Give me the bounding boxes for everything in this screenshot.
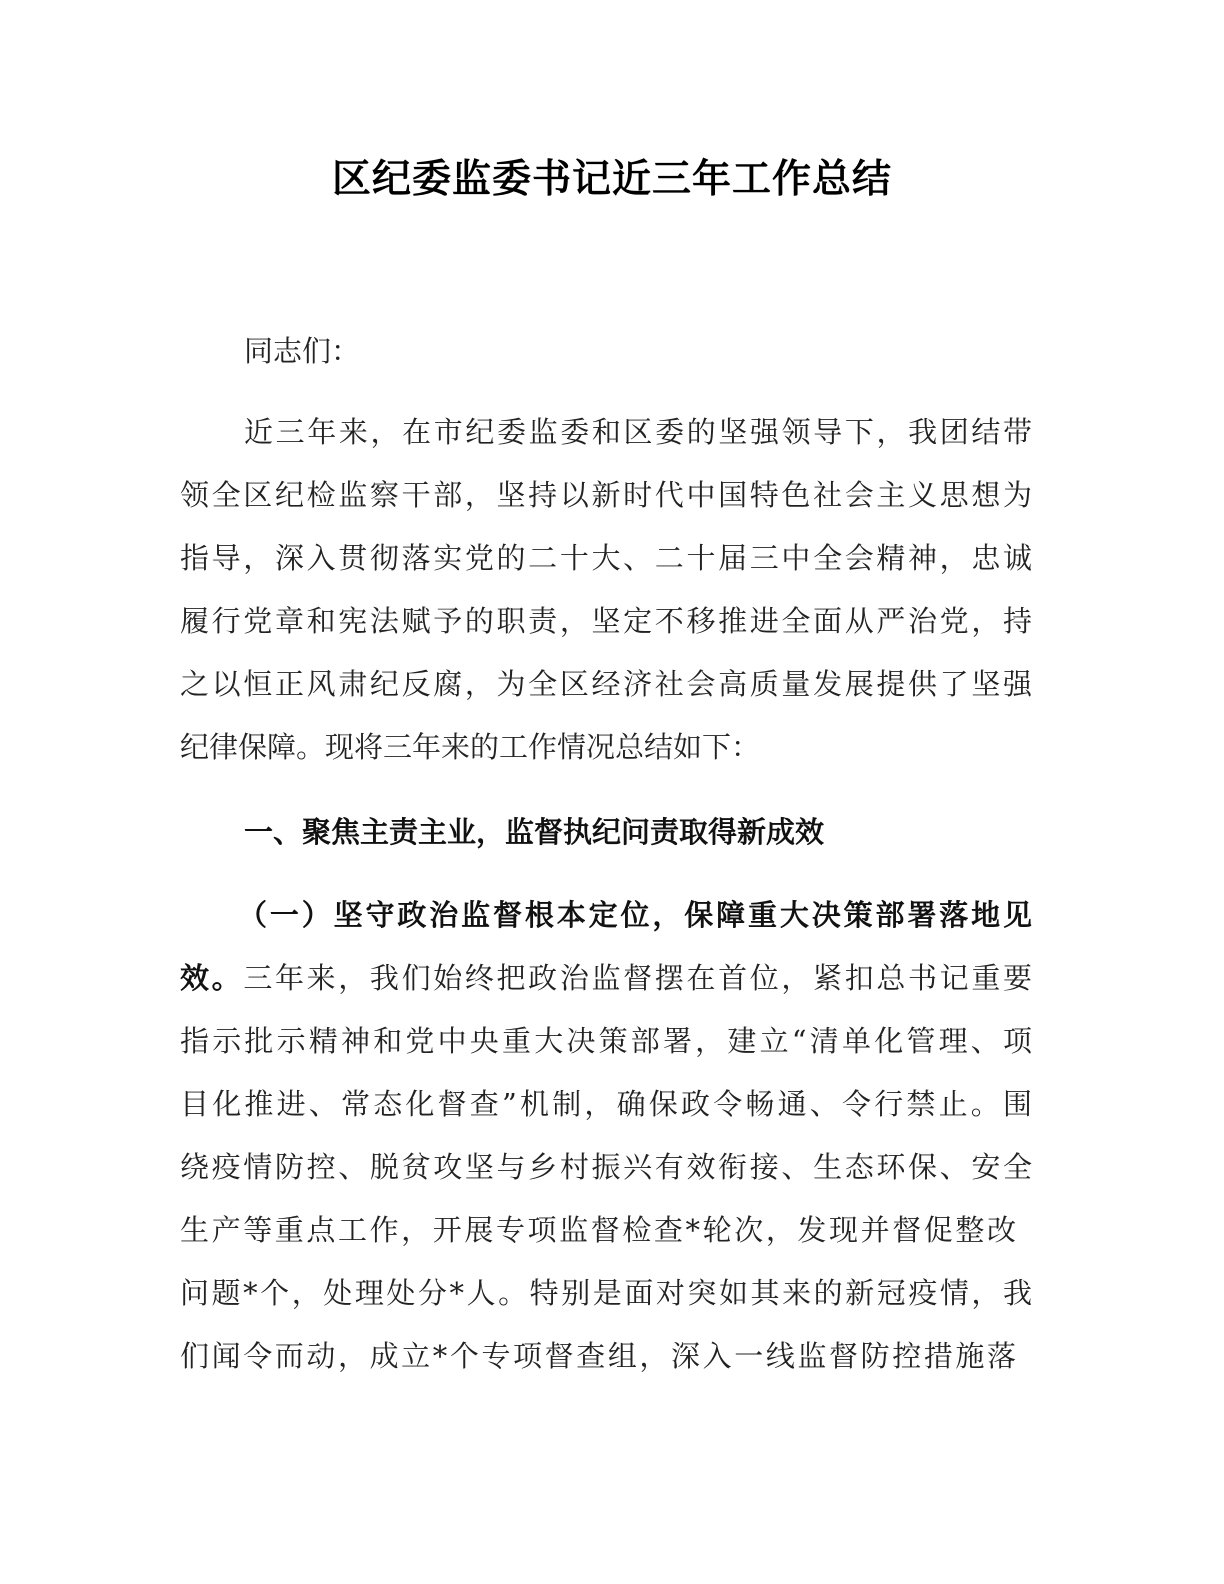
paragraph-line: 效。三年来，我们始终把政治监督摆在首位，紧扣总书记重要 (180, 958, 1032, 998)
document-page: 区纪委监委书记近三年工作总结 同志们： 近三年来，在市纪委监委和区委的坚强领导下… (0, 0, 1224, 1584)
paragraph-line: 履行党章和宪法赋予的职责，坚定不移推进全面从严治党，持 (180, 601, 1032, 641)
subsection-heading-tail: 效。 (180, 961, 243, 995)
paragraph-line: 纪律保障。现将三年来的工作情况总结如下： (180, 727, 1032, 767)
paragraph-line: 绕疫情防控、脱贫攻坚与乡村振兴有效衔接、生态环保、安全 (180, 1147, 1032, 1187)
salutation: 同志们： (244, 331, 1032, 371)
paragraph-line: 生产等重点工作，开展专项监督检查*轮次，发现并督促整改 (180, 1210, 1016, 1250)
paragraph-line: 指示批示精神和党中央重大决策部署，建立“清单化管理、项 (180, 1021, 1032, 1061)
paragraph-line: 领全区纪检监察干部，坚持以新时代中国特色社会主义思想为 (180, 475, 1032, 515)
subsection-heading: （一）坚守政治监督根本定位，保障重大决策部署落地见 (238, 895, 1032, 935)
section-heading: 一、聚焦主责主业，监督执纪问责取得新成效 (244, 812, 1032, 852)
paragraph-line: 指导，深入贯彻落实党的二十大、二十届三中全会精神，忠诚 (180, 538, 1032, 578)
paragraph-line: 们闻令而动，成立*个专项督查组，深入一线监督防控措施落 (180, 1336, 1016, 1376)
paragraph-line: 目化推进、常态化督查”机制，确保政令畅通、令行禁止。围 (180, 1084, 1032, 1124)
paragraph-line: 问题*个，处理处分*人。特别是面对突如其来的新冠疫情，我 (180, 1273, 1032, 1313)
paragraph-text: 三年来，我们始终把政治监督摆在首位，紧扣总书记重要 (243, 961, 1032, 995)
paragraph-line: 之以恒正风肃纪反腐，为全区经济社会高质量发展提供了坚强 (180, 664, 1032, 704)
paragraph-line: 近三年来，在市纪委监委和区委的坚强领导下，我团结带 (244, 412, 1032, 452)
document-title: 区纪委监委书记近三年工作总结 (0, 152, 1224, 208)
